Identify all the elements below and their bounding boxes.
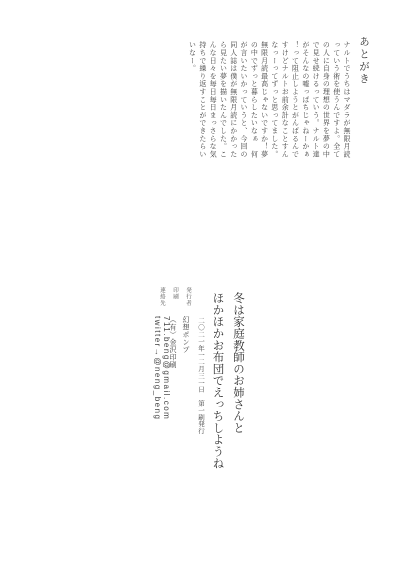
afterword-page: あとがき ナルトでうちはマダラが無限月読 っていう術を使うんですよ。全て の人に…: [0, 0, 400, 565]
colophon-contact-twitter: twitter→@neng_beng: [153, 316, 161, 421]
afterword-body-text: ナルトでうちはマダラが無限月読 っていう術を使うんですよ。全て の人に自身の理想…: [187, 41, 352, 164]
colophon-publisher-value: 幻想ポンプ: [181, 316, 191, 354]
colophon-printer-label: 印刷: [171, 287, 179, 300]
colophon-publisher-label: 発行者: [184, 287, 192, 307]
colophon-contact-email: 711.beng@gmail.com: [162, 316, 170, 420]
colophon-date-line: 二〇二一年一二月三一日 第一刷発行: [196, 317, 205, 434]
book-title: 冬は家庭教師のお姉さんと ほかほかお布団でえっちしようね: [207, 292, 248, 476]
colophon-contact-label: 連絡先: [158, 287, 166, 307]
afterword-heading: あとがき: [356, 36, 371, 85]
